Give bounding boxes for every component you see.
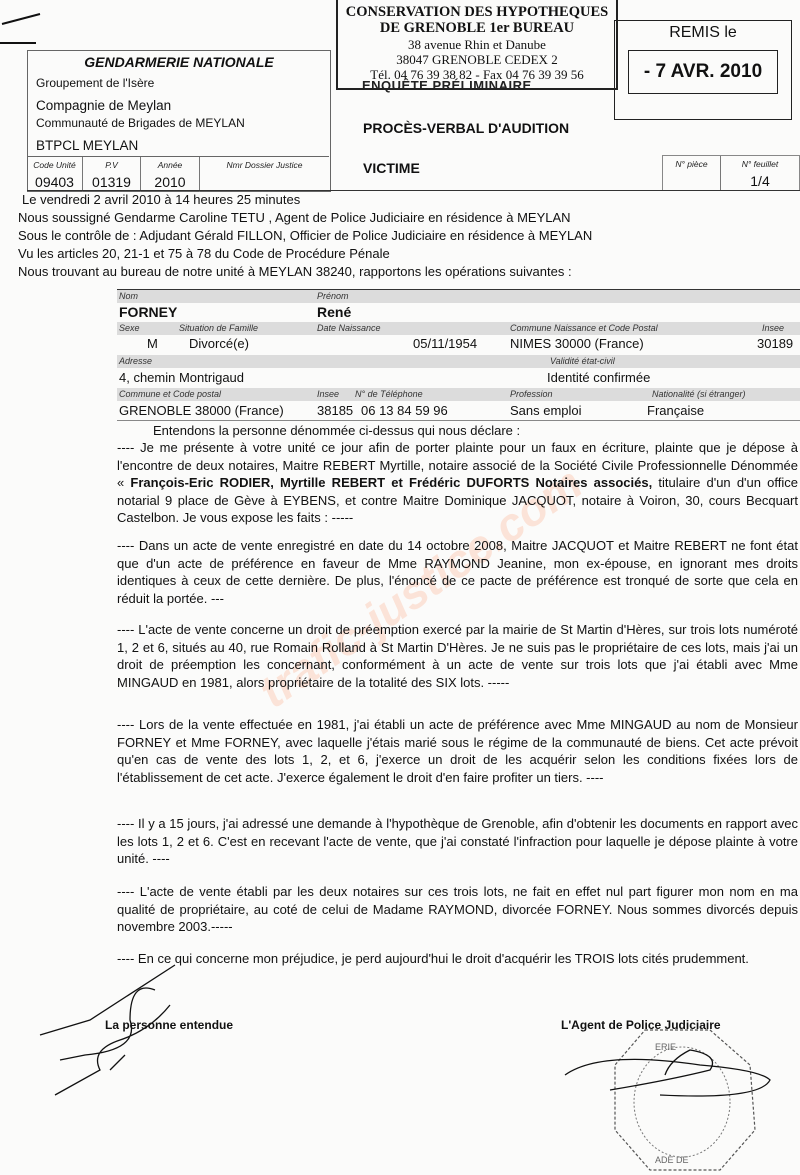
piece-cell: N° pièce bbox=[663, 156, 721, 190]
date-naissance-value: 05/11/1954 bbox=[413, 336, 477, 352]
prenom-value: René bbox=[317, 304, 351, 320]
statement-intro: Entendons la personne dénommée ci-dessus… bbox=[117, 422, 800, 440]
identity-label-row: Nom Prénom bbox=[117, 290, 800, 303]
profession-value: Sans emploi bbox=[510, 403, 582, 419]
groupement: Groupement de l'Isère bbox=[36, 76, 154, 90]
dossier-justice-cell: Nmr Dossier Justice bbox=[200, 157, 329, 192]
intro-controle: Sous le contrôle de : Adjudant Gérald FI… bbox=[18, 228, 592, 243]
conservation-hypotheques-stamp: CONSERVATION DES HYPOTHEQUES DE GRENOBLE… bbox=[336, 0, 618, 90]
sexe-value: M bbox=[147, 336, 158, 352]
gendarmerie-seal-stamp: ERIE ADE DE bbox=[560, 1025, 800, 1175]
identity-label-row: Adresse Validité état-civil bbox=[117, 355, 800, 368]
gendarmerie-header-box: GENDARMERIE NATIONALE Groupement de l'Is… bbox=[27, 50, 331, 192]
statement-paragraph-6: ---- L'acte de vente établi par les deux… bbox=[117, 883, 798, 936]
compagnie: Compagnie de Meylan bbox=[36, 98, 171, 113]
case-reference-grid: Code Unité 09403 P.V 01319 Année 2010 Nm… bbox=[27, 156, 329, 192]
remis-label: REMIS le bbox=[615, 24, 791, 42]
remis-le-stamp: REMIS le - 7 AVR. 2010 bbox=[614, 20, 792, 120]
telephone-value: 06 13 84 59 96 bbox=[361, 403, 448, 419]
nationalite-value: Française bbox=[647, 403, 704, 419]
gendarmerie-title: GENDARMERIE NATIONALE bbox=[28, 54, 330, 70]
identity-label-row: Commune et Code postal Insee N° de Télép… bbox=[117, 388, 800, 401]
intro-articles: Vu les articles 20, 21-1 et 75 à 78 du C… bbox=[18, 246, 390, 261]
witness-signature bbox=[30, 960, 230, 1100]
identity-bottom-rule bbox=[117, 420, 800, 421]
document-title: PROCÈS-VERBAL D'AUDITION bbox=[363, 120, 569, 136]
nom-value: FORNEY bbox=[119, 304, 177, 320]
pen-stroke-mark bbox=[0, 0, 50, 50]
svg-text:ADE DE: ADE DE bbox=[655, 1155, 689, 1165]
unite: BTPCL MEYLAN bbox=[36, 138, 138, 153]
header-divider bbox=[27, 190, 800, 191]
insee-naissance-value: 30189 bbox=[757, 336, 793, 352]
statement-paragraph-5: ---- Il y a 15 jours, j'ai adressé une d… bbox=[117, 815, 798, 868]
remis-date: - 7 AVR. 2010 bbox=[628, 50, 778, 94]
svg-text:ERIE: ERIE bbox=[655, 1042, 676, 1052]
code-unite-cell: Code Unité 09403 bbox=[27, 157, 83, 192]
insee-value: 38185 bbox=[317, 403, 353, 419]
victime-label: VICTIME bbox=[363, 160, 420, 176]
statement-paragraph-2: ---- Dans un acte de vente enregistré en… bbox=[117, 537, 798, 607]
commune-naissance-value: NIMES 30000 (France) bbox=[510, 336, 644, 352]
communaute: Communauté de Brigades de MEYLAN bbox=[36, 116, 245, 130]
statement-paragraph-3: ---- L'acte de vente concerne un droit d… bbox=[117, 621, 798, 691]
statement-paragraph-1: ---- Je me présente à votre unité ce jou… bbox=[117, 439, 798, 527]
feuillet-cell: N° feuillet 1/4 bbox=[721, 156, 799, 190]
identity-label-row: Sexe Situation de Famille Date Naissance… bbox=[117, 322, 800, 335]
adresse-value: 4, chemin Montrigaud bbox=[119, 370, 244, 386]
piece-feuillet-grid: N° pièce N° feuillet 1/4 bbox=[662, 155, 800, 191]
intro-agent: Nous soussigné Gendarme Caroline TETU , … bbox=[18, 210, 571, 225]
annee-cell: Année 2010 bbox=[141, 157, 200, 192]
commune-value: GRENOBLE 38000 (France) bbox=[119, 403, 284, 419]
intro-datetime: Le vendredi 2 avril 2010 à 14 heures 25 … bbox=[22, 192, 300, 207]
intro-lieu: Nous trouvant au bureau de notre unité à… bbox=[18, 264, 572, 279]
pv-cell: P.V 01319 bbox=[83, 157, 141, 192]
statement-paragraph-4: ---- Lors de la vente effectuée en 1981,… bbox=[117, 716, 798, 786]
situation-value: Divorcé(e) bbox=[189, 336, 249, 352]
validite-value: Identité confirmée bbox=[547, 370, 650, 386]
